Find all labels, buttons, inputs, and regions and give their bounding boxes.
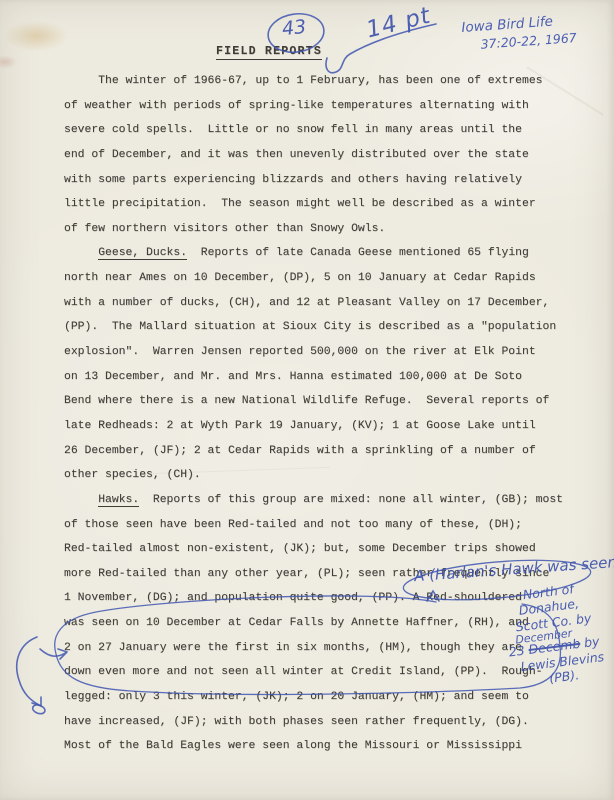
typed-segment: Reports of late Canada Geese mentioned 6…	[187, 247, 529, 259]
typed-segment: was seen on 10 December at Cedar Falls b…	[64, 617, 529, 629]
margin-curved-arrowhead-ink	[32, 697, 41, 706]
typed-segment: end of December, and it was then unevenl…	[64, 149, 529, 161]
typed-line: 26 December, (JF); 2 at Cedar Rapids wit…	[64, 439, 563, 464]
section-heading: Geese, Ducks.	[98, 247, 187, 260]
typed-line: (PP). The Mallard situation at Sioux Cit…	[64, 315, 563, 340]
typed-segment: late Redheads: 2 at Wyth Park 19 January…	[64, 420, 536, 432]
page-title-text: FIELD REPORTS	[216, 45, 322, 60]
typed-line: on 13 December, and Mr. and Mrs. Hanna e…	[64, 365, 563, 390]
typed-line: Bend where there is a new National Wildl…	[64, 389, 563, 414]
typed-segment: north near Ames on 10 December, (DP), 5 …	[64, 272, 536, 284]
typed-segment: of those seen have been Red-tailed and n…	[64, 519, 522, 531]
typed-segment: of few northern visitors other than Snow…	[64, 223, 385, 235]
typed-line: Red-tailed almost non-existent, (JK); bu…	[64, 537, 563, 562]
typed-segment: (PP). The Mallard situation at Sioux Cit…	[64, 321, 556, 333]
typed-line: of weather with periods of spring-like t…	[64, 94, 563, 119]
typed-segment: severe cold spells. Little or no snow fe…	[64, 124, 522, 136]
typed-line: explosion". Warren Jensen reported 500,0…	[64, 340, 563, 365]
typed-segment: The winter of 1966-67, up to 1 February,…	[64, 75, 543, 87]
scanned-document-page: FIELD REPORTS The winter of 1966-67, up …	[0, 0, 614, 800]
margin-curved-arrow-ink	[17, 637, 45, 714]
typed-segment: 26 December, (JF); 2 at Cedar Rapids wit…	[64, 445, 536, 457]
typed-segment: have increased, (JF); with both phases s…	[64, 716, 529, 728]
typed-line: Geese, Ducks. Reports of late Canada Gee…	[64, 241, 563, 266]
typed-segment: down even more and not seen all winter a…	[64, 666, 543, 678]
typed-line: little precipitation. The season might w…	[64, 192, 563, 217]
page-title: FIELD REPORTS	[64, 45, 474, 58]
typed-line: of those seen have been Red-tailed and n…	[64, 513, 563, 538]
section-heading: Hawks.	[98, 494, 139, 507]
margin-small-arrow-ink	[40, 649, 67, 659]
typed-segment: 1 November, (DG); and population quite g…	[64, 592, 522, 604]
typed-segment: of weather with periods of spring-like t…	[64, 100, 529, 112]
typed-segment: 2 on 27 January were the first in six mo…	[64, 642, 522, 654]
typed-line: of few northern visitors other than Snow…	[64, 217, 563, 242]
margin-note: North ofDonahue,Scott Co. byDecember23 D…	[500, 577, 614, 691]
typed-line: legged: only 3 this winter, (JK); 2 on 2…	[64, 685, 563, 710]
typed-segment: Most of the Bald Eagles were seen along …	[64, 740, 522, 752]
handwritten-citation: Iowa Bird Life 37:20-22, 1967	[461, 12, 577, 54]
typed-line: with some parts experiencing blizzards a…	[64, 168, 563, 193]
typed-line: 1 November, (DG); and population quite g…	[64, 586, 563, 611]
typed-segment: Reports of this group are mixed: none al…	[139, 494, 563, 506]
typed-line: was seen on 10 December at Cedar Falls b…	[64, 611, 563, 636]
typed-segment: little precipitation. The season might w…	[64, 198, 536, 210]
typed-line: Most of the Bald Eagles were seen along …	[64, 734, 563, 759]
typed-line: 2 on 27 January were the first in six mo…	[64, 636, 563, 661]
typed-segment: explosion". Warren Jensen reported 500,0…	[64, 346, 536, 358]
typed-line: The winter of 1966-67, up to 1 February,…	[64, 69, 563, 94]
typed-segment: legged: only 3 this winter, (JK); 2 on 2…	[64, 691, 529, 703]
typed-segment: Bend where there is a new National Wildl…	[64, 395, 549, 407]
typed-line: have increased, (JF); with both phases s…	[64, 710, 563, 735]
typed-line: Hawks. Reports of this group are mixed: …	[64, 488, 563, 513]
typed-segment	[64, 494, 98, 506]
typed-segment: other species, (CH).	[64, 469, 201, 481]
typed-segment	[64, 247, 98, 259]
typed-line: late Redheads: 2 at Wyth Park 19 January…	[64, 414, 563, 439]
typed-line: end of December, and it was then unevenl…	[64, 143, 563, 168]
handwritten-print-note: 14 pt	[364, 2, 434, 43]
typed-line: north near Ames on 10 December, (DP), 5 …	[64, 266, 563, 291]
typed-line: with a number of ducks, (CH), and 12 at …	[64, 291, 563, 316]
typed-segment: with a number of ducks, (CH), and 12 at …	[64, 297, 549, 309]
handwritten-page-number: 43	[281, 16, 307, 40]
typed-segment: with some parts experiencing blizzards a…	[64, 174, 522, 186]
typed-segment: on 13 December, and Mr. and Mrs. Hanna e…	[64, 371, 522, 383]
typed-text: The winter of 1966-67, up to 1 February,…	[64, 69, 563, 759]
typed-line: down even more and not seen all winter a…	[64, 660, 563, 685]
typed-line: other species, (CH).	[64, 463, 563, 488]
typed-line: severe cold spells. Little or no snow fe…	[64, 118, 563, 143]
typed-segment: Red-tailed almost non-existent, (JK); bu…	[64, 543, 536, 555]
